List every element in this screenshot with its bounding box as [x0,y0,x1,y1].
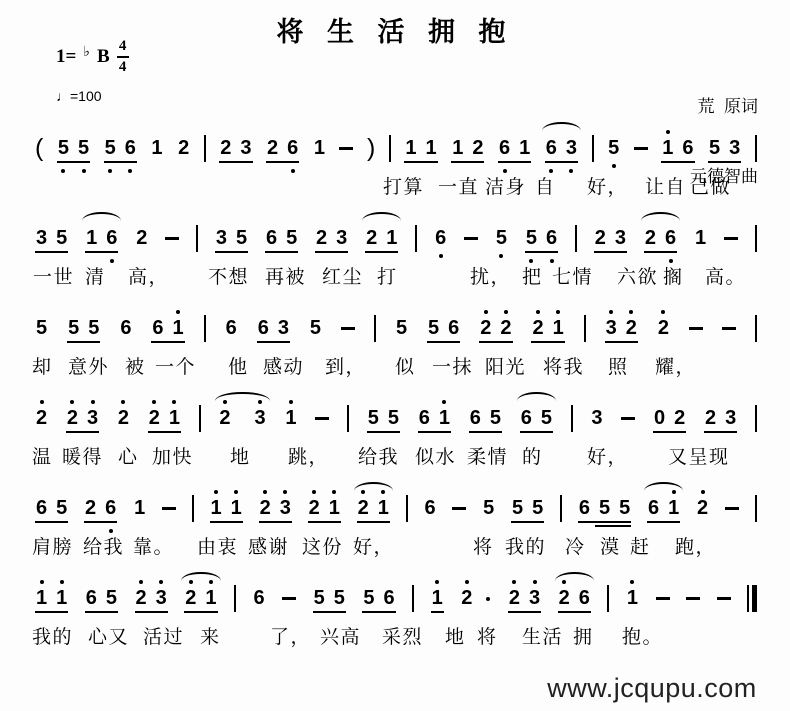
jianpu-note: 2 [645,227,656,249]
beam-underline [498,161,531,163]
note-group: 26 [644,227,677,249]
note-single: 3 [590,407,603,429]
jianpu-note: 6 [470,407,481,429]
note-single: 6 [119,317,132,339]
octave-down-dot [612,164,616,168]
jianpu-note: 2 [136,587,147,609]
jianpu-note: 5 [709,137,720,159]
beam-underline [469,431,502,433]
note-group: 61 [151,317,184,339]
jianpu-note: 2 [136,227,147,249]
jianpu-note: 2 [509,587,520,609]
octave-up-dot [556,310,560,314]
beam-underline [219,161,252,163]
jianpu-note: 2 [36,407,47,429]
beam-underline [135,611,168,613]
note-group: 21 [365,227,398,249]
lyric-syllable: 却 [32,352,53,379]
lyric-syllable: 又呈现 [668,442,730,469]
lyrics-row: 打算一直洁身自好，让自己做 [0,172,790,198]
lyric-syllable: 肩膀 [32,532,73,559]
jianpu-note: 2 [85,497,96,519]
jianpu-note: 1 [285,407,296,429]
notes-row: 55566166355562221322 [35,313,757,343]
beam-underline [525,251,558,253]
octave-up-dot [666,130,670,134]
lyric-syllable: 似 [395,352,416,379]
lyric-syllable: 靠。 [133,532,174,559]
lyric-syllable: 漠 [600,532,621,559]
barline [412,585,414,612]
note-single: 6 [253,587,266,609]
note-group: 65 [265,227,298,249]
jianpu-note: 1 [553,317,564,339]
music-system-4: 2232212315561656530223温暖得心加快地跳，给我似水柔情的好，… [0,403,790,491]
lyric-syllable: 不想 [208,262,249,289]
barline [755,405,757,432]
lyric-syllable: 跳， [288,442,329,469]
jianpu-note: 5 [56,497,67,519]
lyric-syllable: 耀， [655,352,696,379]
note-group: 26 [558,587,591,609]
site-watermark: www.jcqupu.com [532,668,772,708]
octave-up-dot [139,580,143,584]
beam-underline [315,251,348,253]
music-system-2: 3516235652321655623261一世清高，不想再被红尘打扰，把七情六… [0,223,790,311]
lyric-syllable: 给我 [83,532,124,559]
note-group: 23 [594,227,627,249]
jianpu-note: 5 [396,317,407,339]
jianpu-note: 2 [500,317,511,339]
jianpu-note: 2 [480,317,491,339]
beam-underline [365,251,398,253]
octave-up-dot [214,490,218,494]
note-single: 2 [135,227,148,249]
jianpu-note: 1 [439,407,450,429]
jianpu-note: 5 [106,587,117,609]
note-single: 5 [35,317,48,339]
duration-dash [724,237,738,240]
note-single: 2 [35,407,48,429]
note-group: 11 [404,137,437,159]
barline [584,315,586,342]
beam-underline [644,251,677,253]
barline [592,135,594,162]
flat-sign-icon: ♭ [83,44,90,61]
time-signature: 4 4 [117,39,129,75]
note-group: 26 [84,497,117,519]
note-group: 23 [219,137,252,159]
lyric-syllable: 跑， [675,532,716,559]
notes-row: 2232212315561656530223 [35,403,757,433]
jianpu-note: 6 [499,137,510,159]
jianpu-note: 1 [231,497,242,519]
duration-dash [725,507,739,510]
jianpu-note: 1 [386,227,397,249]
lyric-syllable: 活过 [143,622,184,649]
jianpu-note: 5 [368,407,379,429]
note-group: 655 [578,497,631,519]
note-group: 65 [35,497,68,519]
final-barline [747,585,757,612]
lyric-syllable: 清 [85,262,106,289]
jianpu-note: 5 [388,407,399,429]
augmentation-dot [486,597,490,601]
note-single: 1 [284,407,297,429]
octave-up-dot [504,310,508,314]
lyric-syllable: 加快 [152,442,193,469]
jianpu-note: 2 [674,407,685,429]
jianpu-note: 6 [254,587,265,609]
note-group: 55 [511,497,544,519]
barline [575,225,577,252]
jianpu-note: 1 [173,317,184,339]
note-single: 1 [313,137,326,159]
lyric-syllable: 被 [125,352,146,379]
notes-row: 11652321655561223261 [35,583,757,613]
jianpu-note: 6 [258,317,269,339]
beam-underline [313,611,346,613]
jianpu-note: 5 [541,407,552,429]
note-single: 2 [177,137,190,159]
lyric-syllable: 地 [230,442,251,469]
jianpu-note: 6 [648,497,659,519]
lyric-syllable: 一世 [33,262,74,289]
octave-up-dot [609,310,613,314]
lyric-syllable: 抱。 [622,622,663,649]
note-single: 2 [460,587,491,609]
lyric-syllable: 打 [377,262,398,289]
key-note: B [97,46,110,68]
jianpu-note: 6 [448,317,459,339]
jianpu-note: 5 [310,317,321,339]
jianpu-note: 3 [606,317,617,339]
note-group: 56 [427,317,460,339]
octave-up-dot [484,310,488,314]
note-single: 1 [694,227,707,249]
note-single: 6 [423,497,436,519]
note-single: 2 [696,497,709,519]
note-group: 21 [357,497,390,519]
note-group: 56 [362,587,395,609]
barline [196,225,198,252]
lyric-syllable: 感动 [263,352,304,379]
beam-underline [708,161,741,163]
lyric-syllable: 将 [473,532,494,559]
note-group: 56 [525,227,558,249]
beam-underline [215,251,248,253]
jianpu-note: 1 [695,227,706,249]
barline [192,495,194,522]
note-group: 23 [218,407,266,429]
jianpu-note: 6 [682,137,693,159]
beam-underline [308,521,341,523]
jianpu-note: 3 [255,407,266,429]
octave-up-dot [629,310,633,314]
jianpu-note: 2 [626,317,637,339]
octave-up-dot [91,400,95,404]
note-group: 61 [418,407,451,429]
jianpu-note: 2 [309,497,320,519]
jianpu-note: 3 [278,317,289,339]
jianpu-note: 6 [665,227,676,249]
octave-up-dot [465,580,469,584]
beam-underline [661,161,694,163]
octave-up-dot [121,400,125,404]
lyric-syllable: 温 [32,442,53,469]
lyric-syllable: 的 [522,442,543,469]
lyric-syllable: 到， [325,352,366,379]
note-group: 35 [35,227,68,249]
note-group: 16 [661,137,694,159]
note-group: 21 [184,587,217,609]
barline [607,585,609,612]
note-group: 32 [605,317,638,339]
note-group: 65 [85,587,118,609]
jianpu-note: 5 [483,497,494,519]
jianpu-note: 6 [419,407,430,429]
slur-arc [542,122,581,131]
jianpu-note: 1 [134,497,145,519]
lyric-syllable: 采烈 [382,622,423,649]
beam-underline [404,161,437,163]
note-group: 55 [67,317,100,339]
note-group: 11 [35,587,68,609]
jianpu-note: 1 [426,137,437,159]
octave-up-dot [533,580,537,584]
time-signature-top: 4 [119,39,127,54]
final-barline-thin [747,585,749,612]
note-group: 23 [508,587,541,609]
jianpu-note: 6 [105,497,116,519]
duration-dash [339,147,353,150]
jianpu-note: 6 [579,497,590,519]
jianpu-note: 5 [236,227,247,249]
jianpu-note: 5 [105,137,116,159]
lyric-syllable: 将 [477,622,498,649]
jianpu-note: 3 [87,407,98,429]
jianpu-note: 6 [546,227,557,249]
jianpu-note: 2 [67,407,78,429]
jianpu-note: 2 [219,407,230,429]
beam-underline [427,341,460,343]
beam-underline [605,341,638,343]
note-single: 1 [150,137,163,159]
jianpu-note: 2 [178,137,189,159]
duration-dash [621,417,635,420]
beam-underline [35,521,68,523]
beam-underline [151,341,184,343]
note-group: 61 [647,497,680,519]
lyric-syllable: 冷 [565,532,586,559]
jianpu-note: 3 [336,227,347,249]
beam-underline [520,431,553,433]
note-group: 23 [259,497,292,519]
lyric-syllable: 地 [445,622,466,649]
jianpu-note: 2 [532,317,543,339]
jianpu-note: 5 [608,137,619,159]
beam-underline [148,431,181,433]
beam-underline [558,611,591,613]
beam-underline [104,161,137,163]
octave-up-dot [283,490,287,494]
music-system-1: (55561223261)1112616351653打算一直洁身自好，让自己做 [0,133,790,221]
octave-up-dot [661,310,665,314]
jianpu-note: 6 [435,227,446,249]
octave-up-dot [701,490,705,494]
jianpu-note: 2 [366,227,377,249]
duration-dash [315,417,329,420]
lyric-syllable: 六欲 [617,262,658,289]
time-signature-bar [117,56,129,58]
note-group: 63 [257,317,290,339]
note-group: 35 [215,227,248,249]
beam-underline [266,161,299,163]
beam-underline [357,521,390,523]
beam-underline [479,341,512,343]
beam-underline [578,521,631,523]
barline [755,495,757,522]
duration-dash [717,597,731,600]
octave-up-dot [435,580,439,584]
octave-up-dot [70,400,74,404]
key-time-signature: 1=♭B 4 4 [56,42,129,72]
lyric-syllable: 生活 [522,622,563,649]
octave-up-dot [60,580,64,584]
duration-dash [686,597,700,600]
jianpu-note: 3 [566,137,577,159]
jianpu-note: 3 [529,587,540,609]
lyric-syllable: 再被 [265,262,306,289]
jianpu-note: 2 [461,587,472,609]
octave-up-dot [40,400,44,404]
jianpu-note: 1 [56,587,67,609]
jianpu-note: 6 [120,317,131,339]
jianpu-note: 5 [363,587,374,609]
jianpu-note: 5 [526,227,537,249]
octave-down-dot [439,254,443,258]
note-single: 5 [395,317,408,339]
jianpu-note: 6 [521,407,532,429]
lyric-syllable: 将我 [543,352,584,379]
time-signature-bottom: 4 [119,60,127,75]
notes-row: 65261112321216555655612 [35,493,757,523]
jianpu-note: 1 [432,587,443,609]
lyric-syllable: 柔情 [467,442,508,469]
jianpu-note: 5 [428,317,439,339]
barline [234,585,236,612]
notes-row: 3516235652321655623261 [35,223,757,253]
music-system-5: 65261112321216555655612肩膀给我靠。由衷感谢这份好，将我的… [0,493,790,581]
lyric-syllable: 己做 [690,172,731,199]
jianpu-note: 6 [125,137,136,159]
lyric-syllable: 意外 [68,352,109,379]
jianpu-note: 2 [697,497,708,519]
lyric-syllable: 了， [270,622,311,649]
key-prefix: 1= [56,46,76,68]
lyric-syllable: 感谢 [248,532,289,559]
beam-underline [66,431,99,433]
beam-underline [545,161,578,163]
jianpu-note: 5 [68,317,79,339]
intro-paren: ( [35,135,43,162]
barline [204,315,206,342]
note-group: 65 [520,407,553,429]
note-single: 5 [309,317,322,339]
octave-up-dot [630,580,634,584]
jianpu-note: 1 [169,407,180,429]
jianpu-note: 6 [106,227,117,249]
jianpu-note: 2 [185,587,196,609]
lyric-syllable: 他 [228,352,249,379]
lyric-syllable: 好， [587,442,628,469]
beam-underline [511,521,544,523]
beam-underline [367,431,400,433]
final-barline-thick [752,585,757,612]
notes-row: (55561223261)1112616351653 [35,133,757,163]
note-group: 55 [313,587,346,609]
note-group: 16 [85,227,118,249]
lyric-syllable: 照 [608,352,629,379]
intro-paren: ) [367,135,375,162]
jianpu-note: 1 [627,587,638,609]
jianpu-note: 3 [240,137,251,159]
duration-dash [282,597,296,600]
jianpu-note: 2 [705,407,716,429]
jianpu-note: 2 [267,137,278,159]
barline [755,315,757,342]
note-group: 55 [57,137,90,159]
lyric-syllable: 拥 [573,622,594,649]
beam-underline [362,611,395,613]
barline [389,135,391,162]
octave-up-dot [442,400,446,404]
duration-dash [341,327,355,330]
jianpu-note: 1 [662,137,673,159]
note-single: 6 [225,317,238,339]
lyric-syllable: 七情 [552,262,593,289]
duration-dash [464,237,478,240]
note-group: 22 [479,317,512,339]
lyric-syllable: 洁身 [485,172,526,199]
jianpu-note: 5 [36,317,47,339]
jianpu-note: 6 [266,227,277,249]
note-group: 23 [135,587,168,609]
lyric-syllable: 好， [353,532,394,559]
note-group: 02 [653,407,686,429]
barline [406,495,408,522]
jianpu-note: 1 [452,137,463,159]
note-group: 21 [308,497,341,519]
beam-underline [653,431,686,433]
lyric-syllable: 赶 [630,532,651,559]
beam-underline [704,431,737,433]
beam-underline [451,161,484,163]
lyric-syllable: 搁 [663,262,684,289]
note-single: 2 [117,407,130,429]
jianpu-note: 5 [619,497,630,519]
jianpu-note: 6 [86,587,97,609]
note-single: 1 [133,497,146,519]
jianpu-note: 2 [220,137,231,159]
duration-dash [162,507,176,510]
lyrics-row: 温暖得心加快地跳，给我似水柔情的好，又呈现 [0,442,790,468]
beam-underline-2 [595,525,631,527]
jianpu-note: 5 [532,497,543,519]
lyrics-row: 肩膀给我靠。由衷感谢这份好，将我的冷漠赶跑， [0,532,790,558]
lyric-syllable: 一个 [155,352,196,379]
beam-underline [35,251,68,253]
